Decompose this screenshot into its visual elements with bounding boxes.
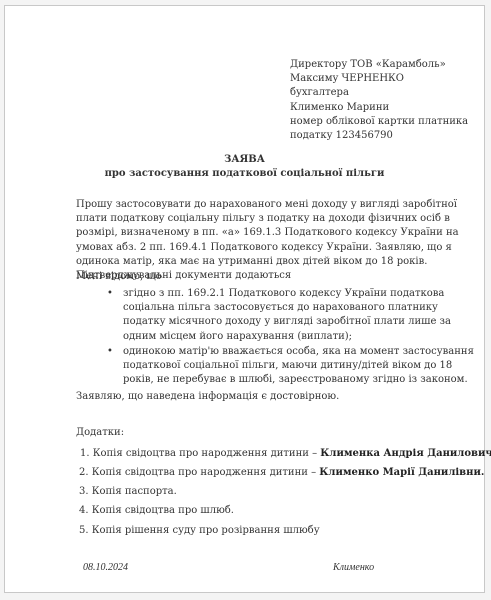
- bullet-text: одинокою матір'ю вважається особа, яка н…: [123, 346, 474, 385]
- attachment-item: 1. Копія свідоцтва про народження дитини…: [80, 447, 491, 461]
- bullet-text: згідно з пп. 169.2.1 Податкового кодексу…: [123, 288, 451, 342]
- attachment-text: 4. Копія свідоцтва про шлюб.: [79, 505, 234, 516]
- signature-name: Клименко: [333, 562, 374, 573]
- bullet-item: • згідно з пп. 169.2.1 Податкового кодек…: [105, 287, 475, 344]
- attachment-bold-name: Клименко Марії Данилівни.: [319, 467, 484, 478]
- addressee-block: Директору ТОВ «Карамболь» Максиму ЧЕРНЕН…: [290, 58, 468, 143]
- addressee-line: номер облікової картки платника: [290, 115, 468, 129]
- addressee-line: Директору ТОВ «Карамболь»: [290, 58, 468, 72]
- attachments-title: Додатки:: [76, 426, 476, 440]
- addressee-line: бухгалтера: [290, 86, 468, 100]
- title-subheading: про застосування податкової соціальної п…: [5, 167, 484, 181]
- known-intro-paragraph: Мені відомо, що: [76, 270, 476, 284]
- attachment-text: 1. Копія свідоцтва про народження дитини…: [80, 448, 320, 459]
- bullet-icon: •: [107, 287, 113, 301]
- attachment-item: 2. Копія свідоцтва про народження дитини…: [79, 466, 484, 480]
- bullet-icon: •: [107, 345, 113, 359]
- declaration-paragraph: Заявляю, що наведена інформація є достов…: [76, 390, 476, 404]
- title-heading: ЗАЯВА: [5, 153, 484, 167]
- attachment-bold-name: Клименка Андрія Даниловича: [320, 448, 491, 459]
- attachment-text: 5. Копія рішення суду про розірвання шлю…: [79, 525, 320, 536]
- attachment-item: 4. Копія свідоцтва про шлюб.: [79, 504, 234, 518]
- signature-date: 08.10.2024: [83, 562, 128, 573]
- attachment-text: 2. Копія свідоцтва про народження дитини…: [79, 467, 319, 478]
- bullet-item: • одинокою матір'ю вважається особа, яка…: [105, 345, 475, 388]
- document-page: Директору ТОВ «Карамболь» Максиму ЧЕРНЕН…: [4, 5, 485, 593]
- addressee-line: податку 123456790: [290, 129, 468, 143]
- attachment-text: 3. Копія паспорта.: [79, 486, 177, 497]
- document-title: ЗАЯВА про застосування податкової соціал…: [5, 153, 484, 181]
- attachment-item: 3. Копія паспорта.: [79, 485, 177, 499]
- addressee-line: Максиму ЧЕРНЕНКО: [290, 72, 468, 86]
- addressee-line: Клименко Марини: [290, 101, 468, 115]
- attachment-item: 5. Копія рішення суду про розірвання шлю…: [79, 524, 320, 538]
